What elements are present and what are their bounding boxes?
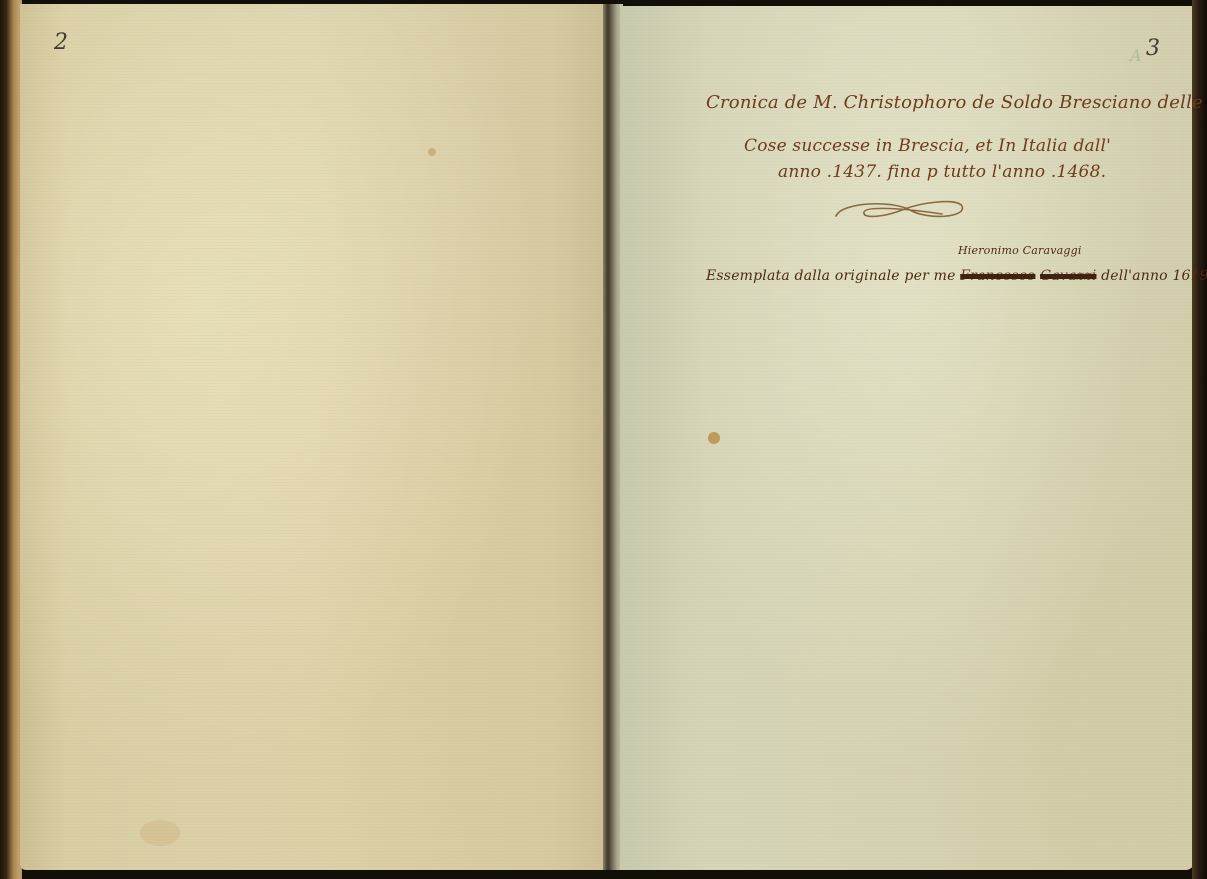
title-line-1: Cronica de M. Christophoro de Soldo Bres… — [706, 92, 1203, 113]
left-page — [20, 4, 608, 870]
title-line-2: Cose successe in Brescia, et In Italia d… — [744, 136, 1111, 156]
paper-stain — [140, 820, 180, 846]
ink-stain — [708, 432, 720, 444]
copy-note: Essemplata dalla originale per me France… — [706, 268, 1207, 284]
struck-name-2: Gavazzi — [1040, 268, 1096, 284]
flourish-icon — [832, 196, 972, 222]
left-binding-edge — [0, 0, 22, 879]
copy-note-prefix: Essemplata dalla originale per me — [706, 268, 956, 284]
right-folio-number: 3 — [1146, 36, 1160, 61]
title-line-3: anno .1437. fina p tutto l'anno .1468. — [778, 162, 1106, 182]
manuscript-spread: 2 3 A Cronica de M. Christophoro de Sold… — [0, 0, 1207, 879]
ghost-mark: A — [1130, 46, 1142, 65]
copy-note-date: dell'anno 1619 — [1101, 268, 1207, 284]
struck-name-1: Francesco — [960, 268, 1035, 284]
paper-stain — [428, 148, 436, 156]
interlinear-correction: Hieronimo Caravaggi — [958, 244, 1082, 257]
right-book-edge — [1192, 0, 1207, 879]
left-folio-number: 2 — [54, 30, 68, 55]
